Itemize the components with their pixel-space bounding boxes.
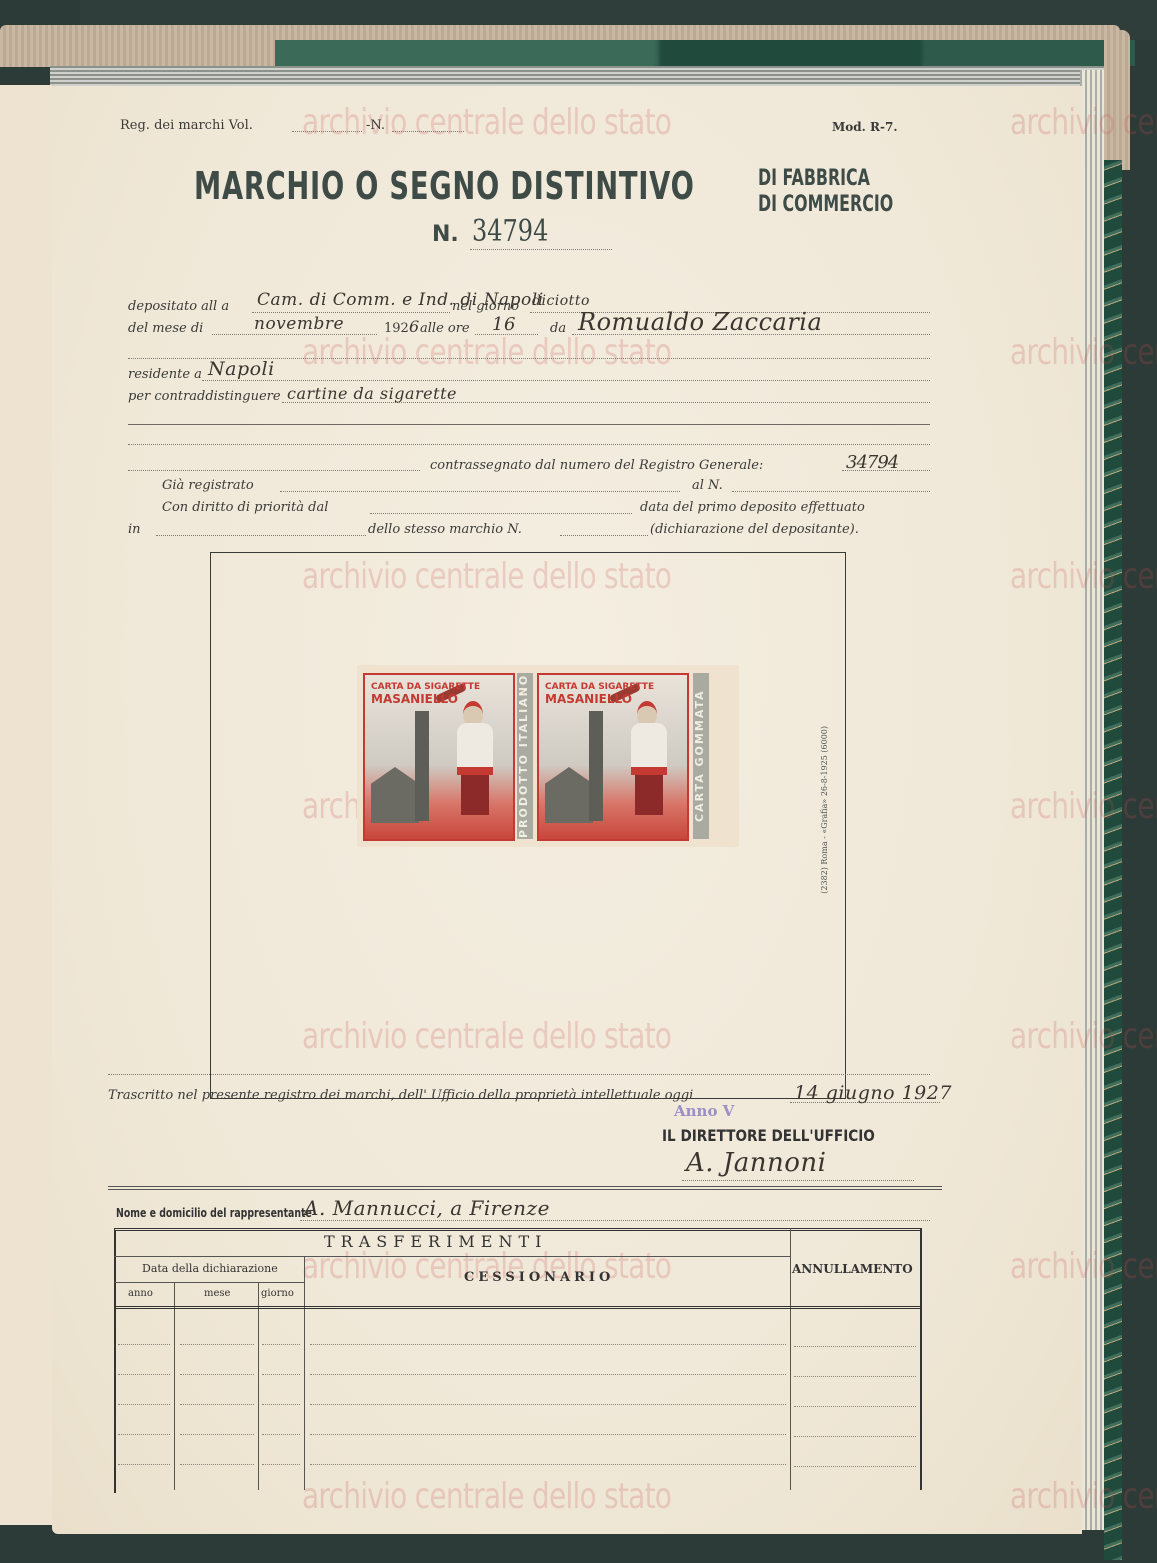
purpose-field[interactable]: cartine da sigarette [287,384,457,403]
month-line [212,334,377,335]
label-title: CARTA DA SIGARETTE MASANIELLO [545,681,654,705]
director-label: IL DIRETTORE DELL'UFFICIO [662,1126,875,1145]
representative-field[interactable]: A. Mannucci, a Firenze [304,1196,550,1220]
label-title-big: MASANIELLO [545,693,654,705]
trademark-label-image: CARTA DA SIGARETTE MASANIELLO PRODOTTO I… [357,665,739,847]
residence-line [202,380,930,381]
label-title: CARTA DA SIGARETTE MASANIELLO [371,681,480,705]
cell-year [118,1344,170,1345]
label-title-big: MASANIELLO [371,693,480,705]
label-panel-right: CARTA DA SIGARETTE MASANIELLO [537,673,689,841]
transcription-date-field[interactable]: 14 giugno 1927 [794,1082,952,1104]
document-title: MARCHIO O SEGNO DISTINTIVO [194,164,695,208]
cell-year [118,1374,170,1375]
row-divider [114,1282,304,1283]
month-field[interactable]: novembre [254,314,344,334]
year-digit-field[interactable]: 6 [409,317,420,336]
cell-month [180,1344,254,1345]
deposit-place-field[interactable] [156,535,366,536]
date-group-header: Data della dichiarazione [142,1262,278,1275]
book-cloth-corner [1104,30,1130,170]
register-number-label: -N. [366,118,385,133]
cell-day [262,1434,300,1435]
cell-assignee [310,1404,786,1405]
cell-cancel [794,1346,916,1347]
church-illustration [545,767,593,823]
register-volume-label: Reg. dei marchi Vol. [120,118,253,133]
hour-field[interactable]: 16 [492,314,516,335]
watermark: archivio centrale dello stato [1010,556,1157,597]
label-strip-right: CARTA GOMMATA [693,673,709,839]
in-label: in [128,522,141,537]
cell-month [180,1374,254,1375]
day-field[interactable]: diciotto [532,293,590,309]
at-number-field[interactable] [732,491,930,492]
watermark: archivio centrale dello stato [1010,1016,1157,1057]
blank-line [108,1074,930,1075]
mark-number-line [470,249,612,250]
book-marbled-edge-top [275,40,1135,66]
cell-month [180,1464,254,1465]
director-signature: A. Jannoni [686,1148,826,1178]
transfers-title: TRASFERIMENTI [324,1232,547,1251]
cell-assignee [310,1344,786,1345]
bell-tower-illustration [415,711,429,821]
office-line [252,312,450,313]
col-divider [258,1282,259,1490]
bell-tower-illustration [589,711,603,821]
transcription-label: Trascritto nel presente registro dei mar… [108,1088,693,1103]
church-illustration [371,767,419,823]
same-mark-number-field[interactable] [560,535,648,536]
cell-assignee [310,1374,786,1375]
general-register-number-field[interactable]: 34794 [846,452,898,473]
volume-field[interactable] [292,131,362,132]
col-month-header: mese [204,1288,230,1299]
col-divider [174,1282,175,1490]
form-model: Mod. R-7. [832,120,898,134]
anno-v-stamp: Anno V [674,1102,734,1120]
first-deposit-label: data del primo deposito effettuato [640,500,865,515]
priority-label: Con diritto di priorità dal [162,500,328,515]
watermark: archivio centrale dello stato [1010,1476,1157,1517]
left-facing-page [0,85,54,1525]
watermark: archivio centrale dello stato [1010,786,1157,827]
blank-line [128,444,930,445]
cell-cancel [794,1406,916,1407]
watermark: archivio centrale dello stato [1010,1246,1157,1287]
transfers-table: TRASFERIMENTI Data della dichiarazione a… [114,1228,974,1492]
cell-assignee [310,1434,786,1435]
by-label: da [550,321,566,336]
mark-number-prefix: N. [432,222,459,247]
same-mark-label: dello stesso marchio N. [368,522,522,537]
deposited-label: depositato all a [128,299,229,314]
signature-line [682,1180,914,1181]
title-commercio: DI COMMERCIO [758,192,893,218]
depositor-field[interactable]: Romualdo Zaccaria [578,308,822,336]
row-divider [114,1256,790,1257]
purpose-label: per contraddistinguere [128,389,281,404]
at-number-label: al N. [692,478,723,493]
cell-day [262,1344,300,1345]
month-label: del mese di [128,321,203,336]
label-strip-left: PRODOTTO ITALIANO [517,673,533,839]
day-label: nel giorno [452,299,519,314]
residence-field[interactable]: Napoli [208,358,275,380]
figure-legs [635,775,663,815]
cell-cancel [794,1466,916,1467]
already-registered-field[interactable] [280,491,680,492]
watermark: archivio centrale dello stato [302,332,671,373]
cell-cancel [794,1436,916,1437]
table-right-border [920,1228,922,1490]
cell-day [262,1404,300,1405]
watermark: archivio centrale dello stato [302,102,671,143]
register-number-field[interactable] [392,131,464,132]
figure-sash [457,767,493,775]
declaration-label: (dichiarazione del depositante). [650,522,859,537]
hour-label: alle ore [420,321,470,336]
representative-line [300,1220,930,1221]
resident-label: residente a [128,367,202,382]
representative-label: Nome e domicilio del rappresentante [116,1206,312,1220]
col-divider [304,1256,305,1490]
cell-day [262,1374,300,1375]
priority-date-field[interactable] [370,513,632,514]
year-prefix: 192 [384,321,409,336]
general-register-label: contrassegnato dal numero del Registro G… [430,458,763,473]
mark-number: 34794 [472,214,548,249]
cell-day [262,1464,300,1465]
col-year-header: anno [128,1288,153,1299]
cell-assignee [310,1464,786,1465]
already-registered-label: Già registrato [162,478,254,493]
divider [128,424,930,425]
figure-legs [461,775,489,815]
header-separator [114,1306,920,1309]
blank-line [128,470,420,471]
cell-year [118,1404,170,1405]
col-assignee-header: CESSIONARIO [464,1270,614,1285]
cell-year [118,1464,170,1465]
cell-month [180,1434,254,1435]
label-panel-left: CARTA DA SIGARETTE MASANIELLO [363,673,515,841]
page-edges-top [50,66,1130,88]
col-cancel-header: ANNULLAMENTO [792,1262,913,1276]
cell-month [180,1404,254,1405]
col-divider [790,1228,791,1490]
register-page: archivio centrale dello stato archivio c… [52,86,1082,1534]
cell-year [118,1434,170,1435]
section-divider [108,1186,942,1190]
title-fabbrica: DI FABBRICA [758,166,870,192]
watermark: archivio centrale dello stato [1010,332,1157,373]
col-day-header: giorno [261,1288,294,1299]
printer-imprint: (2382) Roma - «Grafia» 26-8-1925 (6000) [820,726,829,894]
watermark: archivio centrale dello stato [1010,102,1157,143]
cell-cancel [794,1376,916,1377]
figure-sash [631,767,667,775]
